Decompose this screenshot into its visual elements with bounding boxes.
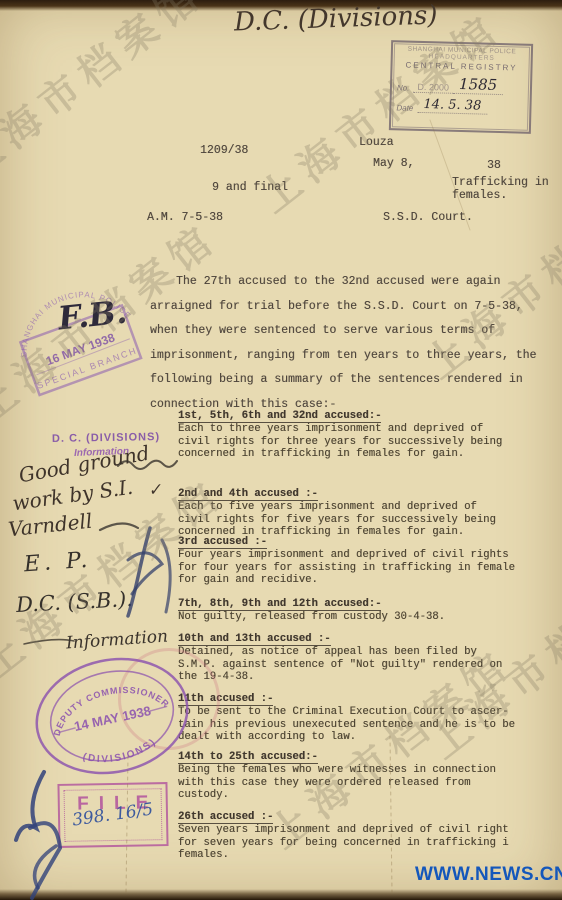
section-heading: 10th and 13th accused :- (178, 633, 331, 646)
section-heading: 26th accused :- (178, 811, 273, 824)
court-name: S.S.D. Court. (383, 211, 473, 224)
file-number: 1209/38 (200, 144, 248, 157)
section-line: dealt with according to law. (178, 731, 554, 743)
handwritten-fb-initials: F.B. (56, 293, 128, 338)
sentence-section-7: 14th to 25th accused:- Being the females… (178, 746, 554, 802)
report-sequence: 9 and final (212, 181, 288, 194)
archive-watermark: 上海市档案馆 (0, 0, 214, 189)
dark-initials-scribble (100, 523, 138, 530)
svg-text:DEPUTY COMMISSIONER: DEPUTY COMMISSIONER (45, 674, 174, 738)
margin-checkmark: ✓ (147, 479, 163, 500)
sentence-section-4: 7th, 8th, 9th and 12th accused:- Not gui… (178, 593, 554, 624)
handwritten-dc-sb: D.C. (S.B.). (15, 587, 133, 617)
section-line: S.M.P. against sentence of "Not guilty" … (178, 659, 554, 671)
section-line: females. (178, 849, 554, 861)
photo-bottom-edge (0, 889, 562, 900)
svg-text:(DIVISIONS): (DIVISIONS) (79, 735, 161, 771)
blue-corner-scribble (30, 823, 60, 898)
stamp-top-arc-text: DEPUTY COMMISSIONER (45, 674, 174, 738)
subject-line-2: females. (452, 189, 507, 202)
section-line: Seven years imprisonment and deprived of… (178, 824, 554, 836)
am-reference: A.M. 7-5-38 (147, 211, 223, 224)
report-date: May 8, (373, 157, 414, 170)
section-line: Each to three years imprisonment and dep… (178, 423, 554, 435)
section-line: To be sent to the Criminal Execution Cou… (178, 706, 554, 718)
central-registry-stamp: SHANGHAI MUNICIPAL POLICE HEADQUARTERS C… (389, 40, 533, 134)
news-watermark: WWW.NEWS.CN (415, 864, 562, 886)
section-line: Not guilty, released from custody 30-4-3… (178, 611, 554, 623)
section-line: with this case they were ordered release… (178, 777, 554, 789)
blue-initials-scribble (162, 540, 170, 612)
sentence-section-8: 26th accused :- Seven years imprisonment… (178, 806, 554, 862)
sentence-section-6: 11th accused :- To be sent to the Crimin… (178, 688, 554, 744)
stamp-date-text: 14 MAY 1938 (73, 703, 152, 734)
section-line: civil rights for five years for successi… (178, 514, 554, 526)
section-line: custody. (178, 789, 554, 801)
stamp-bottom-arc-text: (DIVISIONS) (79, 735, 161, 771)
handwritten-ep-initials: E. P. (23, 548, 92, 578)
paragraph-line: arraigned for trial before the S.S.D. Co… (150, 295, 554, 320)
section-heading: 1st, 5th, 6th and 32nd accused:- (178, 410, 381, 423)
paragraph-line: when they were sentenced to serve variou… (150, 319, 554, 344)
blue-corner-scribble (35, 846, 56, 888)
section-line: Four years imprisonment and deprived of … (178, 549, 554, 561)
section-line: the 19-4-38. (178, 671, 554, 683)
section-line: civil rights for three years for success… (178, 436, 554, 448)
section-line: Each to five years imprisonment and depr… (178, 501, 554, 513)
section-line: for seven years for being concerned in t… (178, 837, 554, 849)
section-line: concerned in trafficking in females for … (178, 448, 554, 460)
station-name: Louza (359, 136, 394, 149)
section-line: Being the females who were witnesses in … (178, 764, 554, 776)
document-scan: 上海市档案馆 上海市档案馆 上海市档案馆 上海市档案馆 上海市档案馆 上海市档案… (0, 0, 562, 900)
blue-initials-scribble (128, 553, 162, 594)
handwritten-routing-note: D.C. (Divisions) (234, 0, 438, 37)
sentence-section-1: 1st, 5th, 6th and 32nd accused:- Each to… (178, 405, 554, 461)
section-heading: 7th, 8th, 9th and 12th accused:- (178, 598, 381, 611)
stamp-inner-border (392, 43, 530, 131)
report-year: 38 (487, 159, 501, 172)
subject-line-1: Trafficking in (452, 176, 549, 189)
section-line: for gain and recidive. (178, 574, 554, 586)
section-line: Detained, as notice of appeal has been f… (178, 646, 554, 658)
section-heading: 2nd and 4th accused :- (178, 488, 318, 501)
blue-corner-scribble (16, 772, 44, 840)
sentence-section-3: 3rd accused :- Four years imprisonment a… (178, 531, 554, 587)
opening-paragraph: The 27th accused to the 32nd accused wer… (150, 270, 554, 418)
section-line: tain his previous unexecuted sentence an… (178, 719, 554, 731)
sentence-section-5: 10th and 13th accused :- Detained, as no… (178, 628, 554, 684)
paragraph-line: imprisonment, ranging from ten years to … (150, 344, 554, 369)
section-heading: 3rd accused :- (178, 536, 267, 549)
section-line: for four years for assisting in traffick… (178, 562, 554, 574)
special-branch-stamp: SHANGHAI MUNICIPAL POLICE 16 MAY 1938 SP… (2, 272, 160, 424)
paragraph-line: following being a summary of the sentenc… (150, 368, 554, 393)
paragraph-line: The 27th accused to the 32nd accused wer… (150, 270, 554, 295)
